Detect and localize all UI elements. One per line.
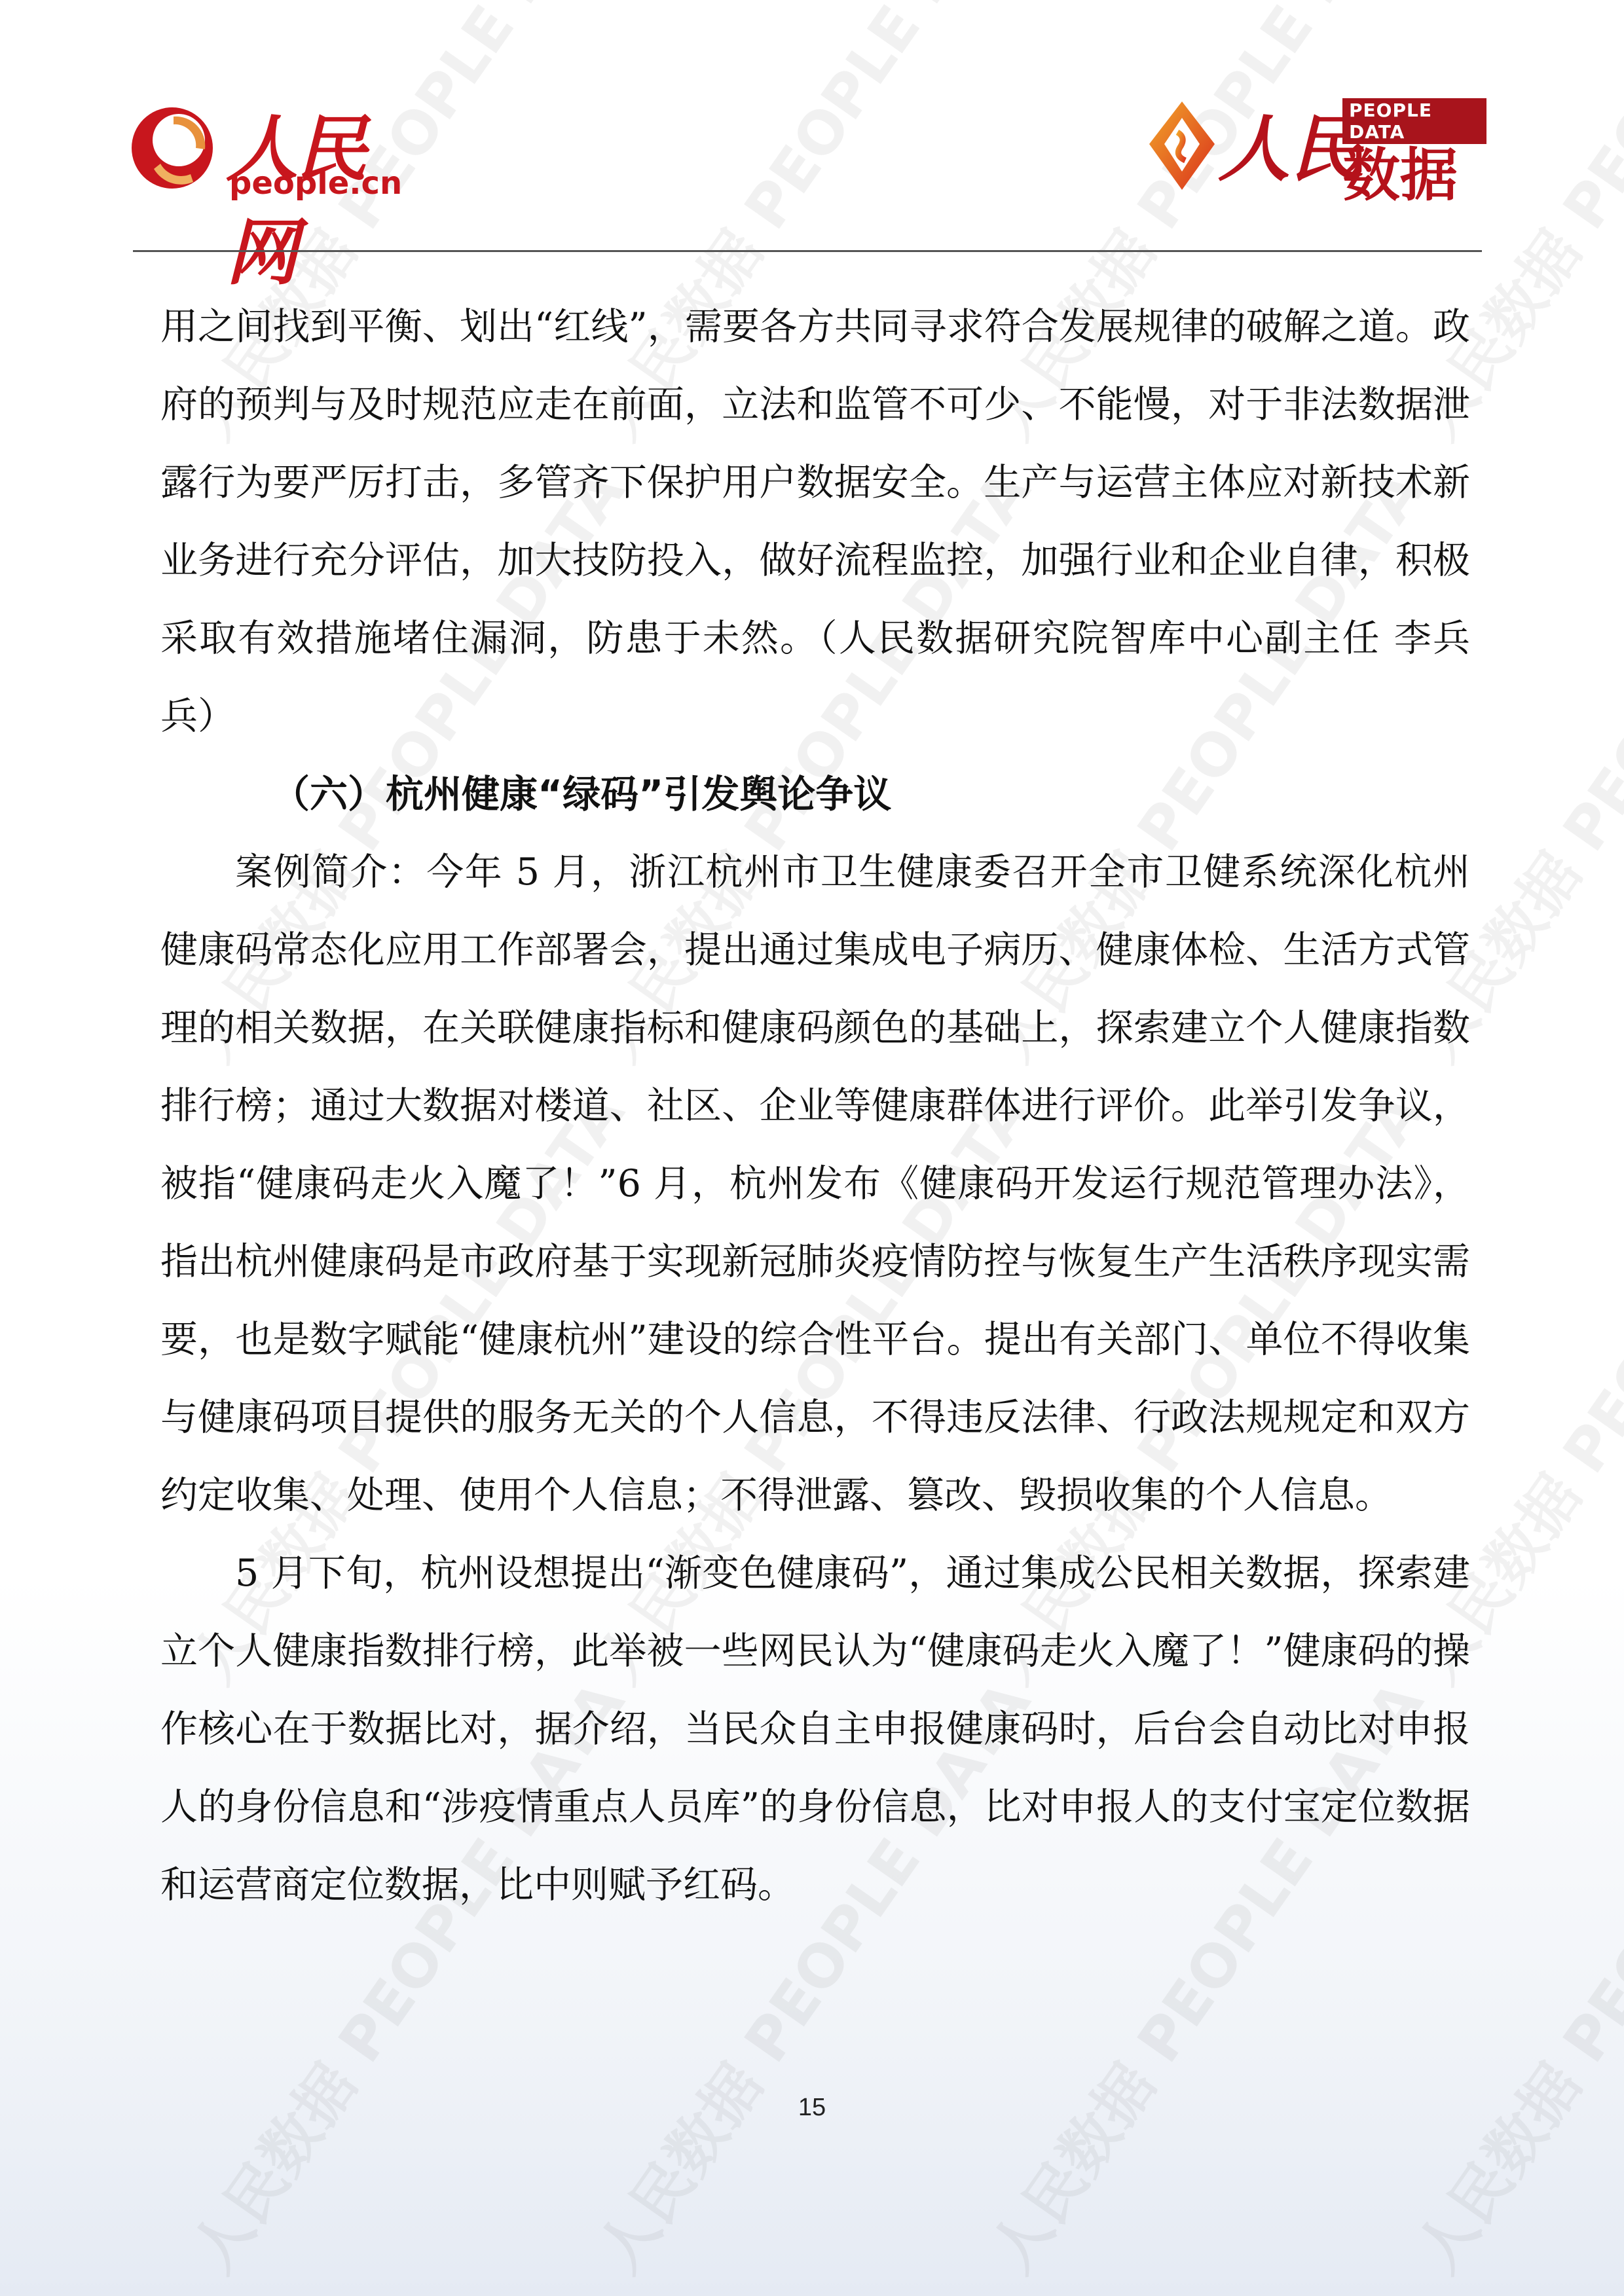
page-header: 人民网 people.cn 人民 PEOPLE DATA 数据 <box>0 0 1624 262</box>
document-body: 用之间找到平衡、划出“红线”，需要各方共同寻求符合发展规律的破解之道。政府的预判… <box>160 288 1470 1924</box>
people-data-diamond-icon <box>1146 98 1218 196</box>
page-number: 15 <box>0 2094 1624 2122</box>
section-title: （六）杭州健康“绿码”引发舆论争议 <box>160 756 1470 833</box>
paragraph-1: 用之间找到平衡、划出“红线”，需要各方共同寻求符合发展规律的破解之道。政府的预判… <box>160 288 1470 756</box>
paragraph-3: 5 月下旬，杭州设想提出“渐变色健康码”，通过集成公民相关数据，探索建立个人健康… <box>160 1535 1470 1924</box>
people-data-text: 数据 <box>1342 130 1458 212</box>
people-data-title: 人民 <box>1218 92 1362 195</box>
people-data-logo: 人民 PEOPLE DATA 数据 <box>1146 92 1486 203</box>
people-cn-logo: 人民网 people.cn <box>128 92 422 203</box>
people-cn-subtitle: people.cn <box>229 165 402 202</box>
paragraph-2: 案例简介：今年 5 月，浙江杭州市卫生健康委召开全市卫健系统深化杭州健康码常态化… <box>160 833 1470 1535</box>
people-cn-swirl-icon <box>128 97 219 195</box>
header-divider <box>133 250 1482 252</box>
